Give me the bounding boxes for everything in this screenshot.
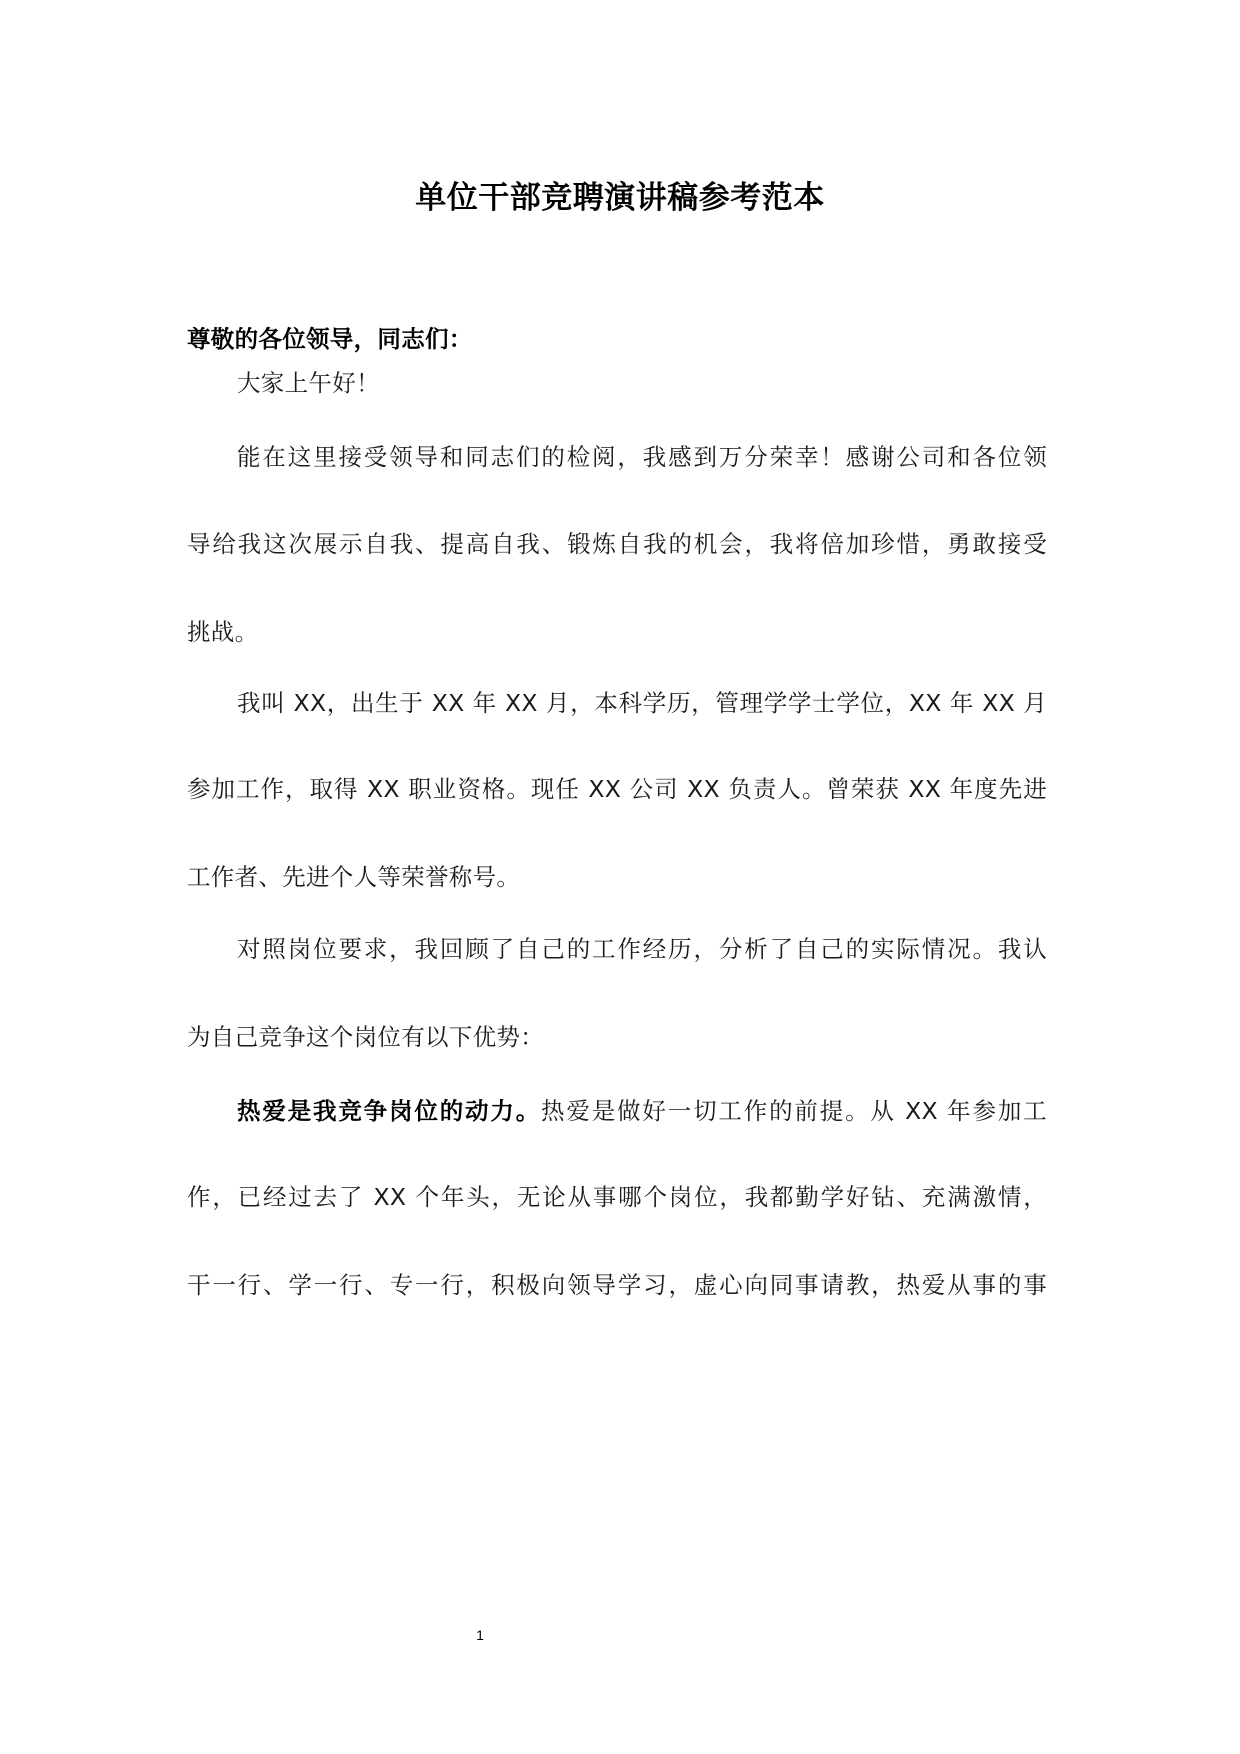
paragraph-text: 热爱是做好一切工作的前提。从 XX 年参加工 bbox=[541, 1097, 1047, 1125]
document-title: 单位干部竞聘演讲稿参考范本 bbox=[0, 172, 1240, 217]
paragraph-line: 参加工作，取得 XX 职业资格。现任 XX 公司 XX 负责人。曾荣获 XX 年… bbox=[187, 772, 1047, 806]
paragraph-line-with-bold-lead: 热爱是我竞争岗位的动力。热爱是做好一切工作的前提。从 XX 年参加工 bbox=[187, 1094, 1047, 1128]
page-number: 1 bbox=[0, 1627, 960, 1643]
document-page: 单位干部竞聘演讲稿参考范本 尊敬的各位领导，同志们： 大家上午好！ 能在这里接受… bbox=[0, 0, 1240, 1754]
paragraph-line: 作，已经过去了 XX 个年头，无论从事哪个岗位，我都勤学好钻、充满激情， bbox=[187, 1180, 1047, 1214]
paragraph-line: 对照岗位要求，我回顾了自己的工作经历，分析了自己的实际情况。我认 bbox=[187, 932, 1047, 966]
paragraph-line: 我叫 XX，出生于 XX 年 XX 月，本科学历，管理学学士学位，XX 年 XX… bbox=[187, 686, 1047, 720]
paragraph-line: 挑战。 bbox=[187, 615, 1047, 649]
paragraph-line: 导给我这次展示自我、提高自我、锻炼自我的机会，我将倍加珍惜，勇敢接受 bbox=[187, 527, 1047, 561]
paragraph-greeting: 大家上午好！ bbox=[187, 366, 1047, 400]
paragraph-line: 干一行、学一行、专一行，积极向领导学习，虚心向同事请教，热爱从事的事 bbox=[187, 1268, 1047, 1302]
paragraph-line: 为自己竞争这个岗位有以下优势： bbox=[187, 1020, 1047, 1054]
bold-lead: 热爱是我竞争岗位的动力。 bbox=[237, 1097, 541, 1125]
paragraph-line: 工作者、先进个人等荣誉称号。 bbox=[187, 860, 1047, 894]
salutation: 尊敬的各位领导，同志们： bbox=[187, 322, 1047, 356]
paragraph-line: 能在这里接受领导和同志们的检阅，我感到万分荣幸！感谢公司和各位领 bbox=[187, 440, 1047, 474]
